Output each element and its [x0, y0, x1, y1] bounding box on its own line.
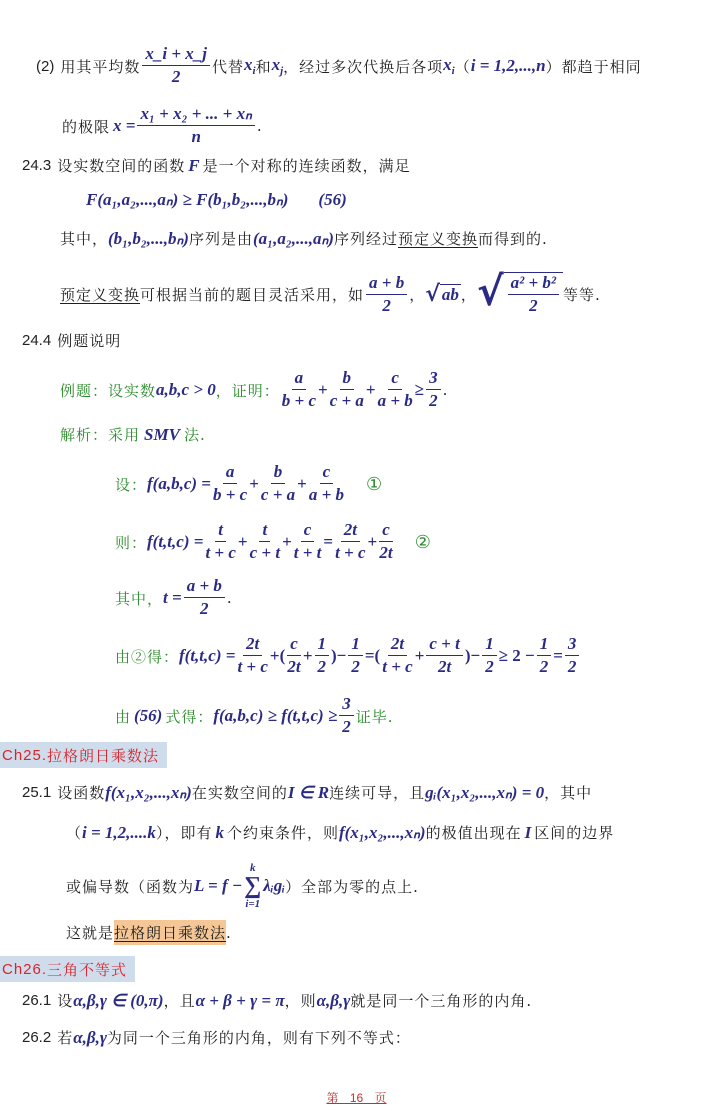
step-label: 由 — [115, 706, 131, 727]
section-26-2: 26.2 若 α,β,γ 为同一个三角形的内角，则有下列不等式： — [22, 1027, 411, 1048]
chapter-26-header: Ch26. 三角不等式 — [0, 956, 135, 982]
math-term: λᵢgᵢ — [263, 876, 285, 896]
separator: ， — [409, 284, 425, 305]
text: 而得到的. — [478, 228, 548, 249]
math-constraint: gᵢ(x₁,x₂,...,xₙ) = 0 — [425, 783, 544, 803]
text: 序列是由 — [189, 228, 253, 249]
math-lhs: f(t,t,c) = — [179, 646, 235, 666]
section-24-3-line3: 其中， (b₁,b₂,...,bₙ) 序列是由 (a₁,a₂,...,aₙ) 序… — [60, 228, 548, 249]
text: . — [226, 924, 232, 942]
text: 这就是 — [66, 922, 114, 943]
text: ，且 — [164, 990, 196, 1011]
math-condition: a,b,c > 0 — [156, 380, 216, 400]
step-label: 设： — [115, 474, 147, 495]
step5-line: 由 (56) 式得： f(a,b,c) ≥ f(t,t,c) ≥ 32 证毕. — [115, 694, 394, 738]
text: 的极限 — [62, 116, 110, 137]
text: 或偏导数（函数为 — [66, 876, 194, 897]
math-I: I — [525, 823, 532, 843]
fraction-example-1: a + b 2 — [366, 273, 407, 317]
section-25-1-line2: （ i = 1,2,....k ），即有 k 个约束条件，则 f(x₁,x₂,.… — [66, 822, 614, 843]
math-F: F — [188, 156, 199, 176]
text: ），即有 — [156, 822, 213, 843]
highlighted-term: 拉格朗日乘数法 — [114, 920, 226, 945]
step3-line: 其中， t = a + b2 . — [115, 576, 233, 620]
text: 法. — [184, 424, 206, 445]
text: 个约束条件，则 — [227, 822, 339, 843]
math-xj: xj — [272, 55, 284, 77]
sqrt-ab: √ab — [425, 284, 461, 306]
text: 连续可导，且 — [329, 782, 425, 803]
page-footer: 第 16 页 — [0, 1088, 713, 1106]
step-label: 其中， — [115, 588, 163, 609]
math-k: k — [215, 823, 224, 843]
text: 在实数空间的 — [192, 782, 288, 803]
average-fraction: x_i + x_j 2 — [142, 44, 210, 88]
text: 序列经过 — [334, 228, 398, 249]
fraction: ca + b — [309, 462, 344, 506]
fraction: 12 — [348, 634, 363, 678]
fraction: c + t2t — [426, 634, 462, 678]
limit-fraction: x₁ + x₂ + ... + xₙ n — [137, 104, 254, 148]
fraction: ct + t — [294, 520, 322, 564]
fraction: 12 — [537, 634, 552, 678]
chapter-title: 三角不等式 — [47, 959, 127, 980]
step-label: 式得： — [165, 706, 213, 727]
text: 区间的边界 — [534, 822, 614, 843]
math-a-seq: (a₁,a₂,...,aₙ) — [253, 229, 334, 249]
fraction: bc + a — [261, 462, 295, 506]
math-range: i = 1,2,...,n — [471, 56, 546, 76]
section-25-1-line3: 或偏导数（函数为 L = f − k ∑ i=1 λᵢgᵢ ）全部为零的点上. — [66, 862, 419, 910]
section-number: 25.1 — [22, 784, 51, 801]
page-number: 第 16 页 — [326, 1091, 386, 1105]
fraction: c2t — [287, 634, 301, 678]
text: 若 — [57, 1027, 73, 1048]
analysis-line: 解析：采用 SMV 法. — [60, 424, 206, 445]
text: 用其平均数 — [60, 56, 140, 77]
item-2-line2: 的极限 x = x₁ + x₂ + ... + xₙ n . — [62, 104, 263, 148]
section-number: 26.2 — [22, 1029, 51, 1046]
section-25-1-line4: 这就是 拉格朗日乘数法 . — [66, 920, 232, 945]
step-label: 由②得： — [115, 646, 179, 667]
math-set: α,β,γ ∈ (0,π) — [73, 991, 163, 1011]
math-f: f(x₁,x₂,...,xₙ) — [105, 783, 192, 803]
fraction: a + b2 — [184, 576, 225, 620]
section-title: 例题说明 — [57, 330, 121, 351]
inequality-56: F(a₁,a₂,...,aₙ) ≥ F(b₁,b₂,...,bₙ) (56) — [86, 190, 347, 210]
text: 等等. — [563, 284, 601, 305]
fraction: ca + b — [378, 368, 413, 412]
section-25-1-line1: 25.1 设函数 f(x₁,x₂,...,xₙ) 在实数空间的 I ∈ R 连续… — [22, 782, 592, 803]
text: ，经过多次代换后各项 — [283, 56, 443, 77]
text: 是一个对称的连续函数，满足 — [203, 155, 411, 176]
math-vars: α,β,γ — [317, 991, 351, 1011]
step1-line: 设： f(a,b,c) = ab + c + bc + a + ca + b ① — [115, 462, 382, 506]
text: 就是同一个三角形的内角. — [350, 990, 532, 1011]
section-26-1: 26.1 设 α,β,γ ∈ (0,π) ，且 α + β + γ = π ，则… — [22, 990, 532, 1011]
math-lhs: f(a,b,c) = — [147, 474, 211, 494]
section-number: 24.3 — [22, 157, 51, 174]
prove-label: ，证明： — [216, 380, 280, 401]
fraction: tc + t — [250, 520, 280, 564]
text: （ — [66, 822, 82, 843]
paren-open: （ — [455, 56, 471, 77]
text: 设 — [57, 990, 73, 1011]
fraction: tt + c — [205, 520, 235, 564]
math-f: f(x₁,x₂,...,xₙ) — [339, 823, 426, 843]
math-vars: α,β,γ — [73, 1028, 107, 1048]
math-range: i = 1,2,....k — [82, 823, 156, 843]
summation-icon: k ∑ i=1 — [244, 862, 261, 910]
step-label: 则： — [115, 532, 147, 553]
paren-close: ） — [546, 56, 562, 77]
text: ，其中 — [544, 782, 592, 803]
section-number: 24.4 — [22, 332, 51, 349]
text: 的极值出现在 — [426, 822, 522, 843]
fraction: ab + c — [282, 368, 316, 412]
text: 代替 — [212, 56, 244, 77]
math-expr: f(a,b,c) ≥ f(t,t,c) ≥ — [213, 706, 337, 726]
example-line: 例题：设实数 a,b,c > 0 ，证明： ab + c + bc + a + … — [60, 368, 448, 412]
text: ）全部为零的点上. — [285, 876, 419, 897]
text: 都趋于相同 — [562, 56, 642, 77]
fraction: 2tt + c — [237, 634, 267, 678]
method-name: SMV — [144, 425, 180, 445]
math-set: I ∈ R — [288, 783, 329, 803]
chapter-number: Ch25. — [2, 747, 47, 764]
fraction: ab + c — [213, 462, 247, 506]
item-label: (2) — [36, 58, 54, 75]
math-lhs: f(t,t,c) = — [147, 532, 203, 552]
separator: ， — [461, 284, 477, 305]
chapter-number: Ch26. — [2, 961, 47, 978]
text: 和 — [256, 56, 272, 77]
fraction: c2t — [379, 520, 393, 564]
fraction: 12 — [482, 634, 497, 678]
section-24-3-heading: 24.3 设实数空间的函数 F 是一个对称的连续函数，满足 — [22, 155, 411, 176]
math-b-seq: (b₁,b₂,...,bₙ) — [108, 229, 189, 249]
circled-1-marker: ① — [366, 474, 382, 495]
math-angle-sum: α + β + γ = π — [196, 991, 285, 1011]
text: . — [257, 117, 263, 135]
math-lhs: t = — [163, 588, 182, 608]
equation-label: (56) — [318, 190, 346, 210]
fraction: 32 — [426, 368, 441, 412]
fraction: 2tt + c — [382, 634, 412, 678]
step4-line: 由②得： f(t,t,c) = 2tt + c +( c2t + 12 )− 1… — [115, 634, 581, 678]
example-label: 例题：设实数 — [60, 380, 156, 401]
chapter-title: 拉格朗日乘数法 — [47, 745, 159, 766]
math-xi: xi — [244, 55, 256, 77]
text: 设函数 — [57, 782, 105, 803]
math-xi: xi — [443, 55, 455, 77]
fraction: 12 — [315, 634, 330, 678]
math-lhs: x = — [113, 116, 135, 136]
fraction: 32 — [565, 634, 580, 678]
equation-ref: (56) — [134, 706, 162, 726]
step2-line: 则： f(t,t,c) = tt + c + tc + t + ct + t =… — [115, 520, 431, 564]
text: ，则 — [285, 990, 317, 1011]
text: 其中， — [60, 228, 108, 249]
underlined-term: 预定义变换 — [60, 284, 140, 305]
text: 可根据当前的题目灵活采用，如 — [140, 284, 364, 305]
sqrt-fraction: √ a² + b² 2 — [477, 272, 563, 317]
fraction: bc + a — [330, 368, 364, 412]
section-number: 26.1 — [22, 992, 51, 1009]
circled-2-marker: ② — [415, 532, 431, 553]
qed-text: 证毕. — [356, 706, 394, 727]
underlined-term: 预定义变换 — [398, 228, 478, 249]
analysis-label: 解析：采用 — [60, 424, 140, 445]
fraction: 32 — [339, 694, 354, 738]
chapter-25-header: Ch25. 拉格朗日乘数法 — [0, 742, 167, 768]
fraction: 2tt + c — [335, 520, 365, 564]
section-24-4-heading: 24.4 例题说明 — [22, 330, 121, 351]
text: 设实数空间的函数 — [57, 155, 185, 176]
item-2-line1: (2) 用其平均数 x_i + x_j 2 代替 xi 和 xj ，经过多次代换… — [36, 44, 642, 88]
math-inequality: F(a₁,a₂,...,aₙ) ≥ F(b₁,b₂,...,bₙ) — [86, 190, 288, 210]
text: 为同一个三角形的内角，则有下列不等式： — [107, 1027, 411, 1048]
section-24-3-line4: 预定义变换 可根据当前的题目灵活采用，如 a + b 2 ， √ab ， √ a… — [60, 272, 601, 317]
math-lagrangian: L = f − — [194, 876, 242, 896]
